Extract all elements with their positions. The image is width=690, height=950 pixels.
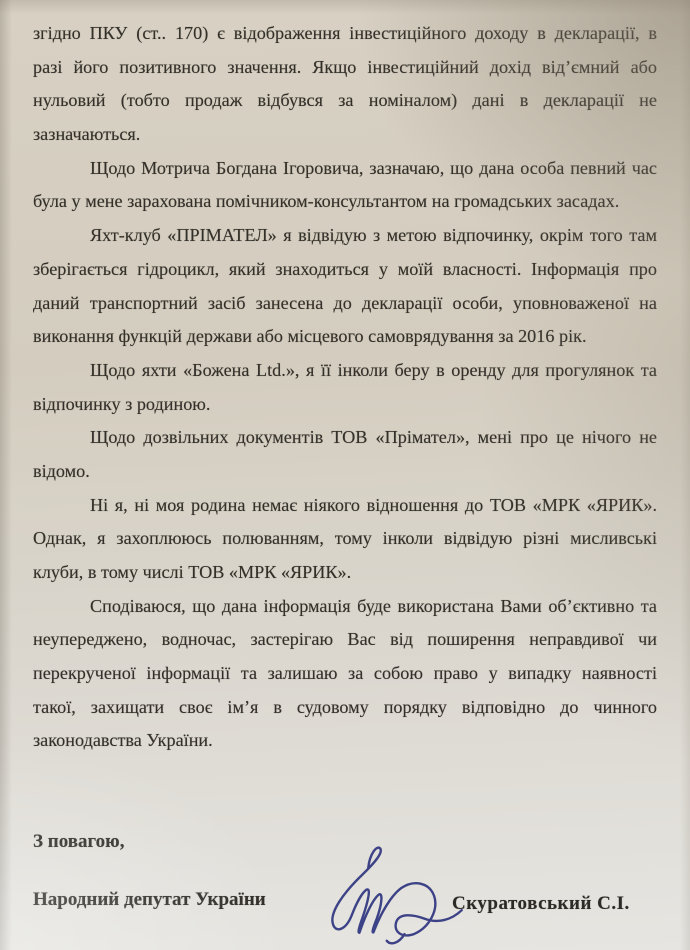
text-line: Щодо дозвільних документів ТОВ «Прімател… <box>33 421 657 455</box>
text-line: клуби, в тому числі ТОВ «МРК «ЯРИК». <box>33 556 657 590</box>
text-line: Сподіваюся, що дана інформація буде вико… <box>33 590 657 624</box>
text-line: зберігається гідроцикл, який знаходиться… <box>33 253 657 287</box>
text-line: такої, захищати своє ім’я в судовому пор… <box>33 691 657 725</box>
text-line: перекрученої інформації та залишаю за со… <box>33 657 657 691</box>
document-body: згідно ПКУ (ст.. 170) є відображення інв… <box>33 17 657 758</box>
text-line: Ні я, ні моя родина немає ніякого віднош… <box>33 489 657 523</box>
text-line: відпочинку з родиною. <box>33 388 657 422</box>
text-line: Яхт-клуб «ПРІМАТЕЛ» я відвідую з метою в… <box>33 219 657 253</box>
paragraph: Щодо дозвільних документів ТОВ «Прімател… <box>33 421 657 488</box>
handwritten-signature <box>281 831 480 950</box>
text-line: відомо. <box>33 455 657 489</box>
text-line: була у мене зарахована помічником-консул… <box>33 185 657 219</box>
text-line: виконання функцій держави або місцевого … <box>33 320 657 354</box>
paragraph: Яхт-клуб «ПРІМАТЕЛ» я відвідую з метою в… <box>33 219 657 354</box>
closing-salutation: З повагою, <box>33 831 124 853</box>
paragraph: Сподіваюся, що дана інформація буде вико… <box>33 590 657 758</box>
text-line: зазначаються. <box>33 118 657 152</box>
text-line: даний транспортний засіб занесена до дек… <box>33 287 657 321</box>
text-line: разі його позитивного значення. Якщо інв… <box>33 51 657 85</box>
signer-title: Народний депутат України <box>33 889 266 911</box>
text-line: нульовий (тобто продаж відбувся за номін… <box>33 84 657 118</box>
signature-ink-icon <box>281 831 480 950</box>
scanned-document-page: згідно ПКУ (ст.. 170) є відображення інв… <box>0 0 690 950</box>
text-line: неупереджено, водночас, застерігаю Вас в… <box>33 623 657 657</box>
paragraph: Щодо яхти «Божена Ltd.», я її інколи бер… <box>33 354 657 421</box>
text-line: Однак, я захоплююсь полюванням, тому інк… <box>33 522 657 556</box>
text-line: згідно ПКУ (ст.. 170) є відображення інв… <box>33 17 657 51</box>
paragraph: Ні я, ні моя родина немає ніякого віднош… <box>33 489 657 590</box>
text-line: законодавства України. <box>33 724 657 758</box>
paragraph: згідно ПКУ (ст.. 170) є відображення інв… <box>33 17 657 152</box>
text-line: Щодо яхти «Божена Ltd.», я її інколи бер… <box>33 354 657 388</box>
paragraph: Щодо Мотрича Богдана Ігоровича, зазначаю… <box>33 152 657 219</box>
text-line: Щодо Мотрича Богдана Ігоровича, зазначаю… <box>33 152 657 186</box>
